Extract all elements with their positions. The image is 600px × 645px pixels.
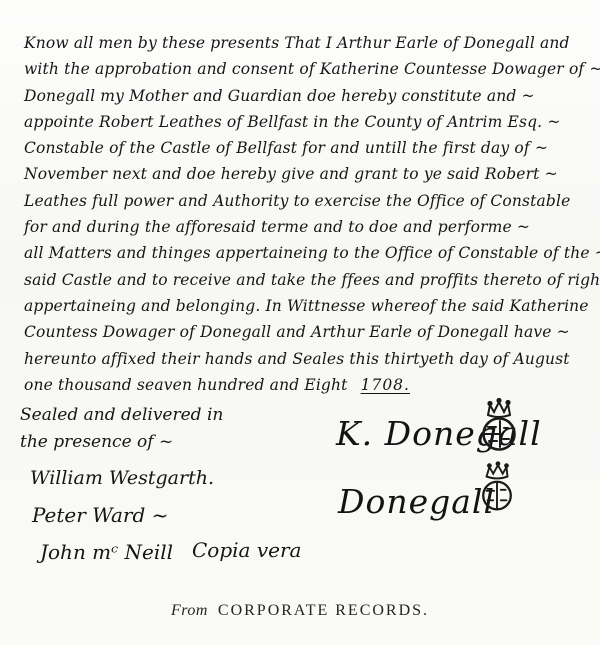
caption: FromCORPORATE RECORDS. (0, 602, 600, 620)
manuscript-line: all Matters and thinges appertaineing to… (24, 240, 580, 266)
witness-signature: William Westgarth. (30, 460, 223, 496)
caption-prefix: From (171, 602, 208, 619)
manuscript-line: Constable of the Castle of Bellfast for … (24, 135, 580, 161)
caption-title: CORPORATE RECORDS. (218, 602, 429, 619)
crowned-seal-icon (479, 398, 519, 458)
manuscript-body: Know all men by these presents That I Ar… (24, 30, 580, 398)
manuscript-line: said Castle and to receive and take the … (24, 267, 580, 293)
manuscript-line: appointe Robert Leathes of Bellfast in t… (24, 109, 580, 135)
manuscript-line: with the approbation and consent of Kath… (24, 56, 580, 82)
manuscript-line: Countess Dowager of Donegall and Arthur … (24, 319, 580, 345)
manuscript-line: Know all men by these presents That I Ar… (24, 30, 580, 56)
year-underlined: 1708. (361, 376, 410, 394)
manuscript-date-line: one thousand seaven hundred and Eight 17… (24, 372, 580, 398)
manuscript-line: hereunto affixed their hands and Seales … (24, 346, 580, 372)
manuscript-line: appertaineing and belonging. In Wittness… (24, 293, 580, 319)
document-page: Know all men by these presents That I Ar… (0, 0, 600, 645)
manuscript-line: for and during the afforesaid terme and … (24, 214, 580, 240)
manuscript-line: one thousand seaven hundred and Eight (24, 376, 348, 394)
attestation-line: Sealed and delivered in (20, 402, 223, 429)
manuscript-line: Leathes full power and Authority to exer… (24, 188, 580, 214)
crowned-seal-icon (478, 460, 516, 518)
witness-signature: Peter Ward ~ (32, 496, 223, 534)
manuscript-line: Donegall my Mother and Guardian doe here… (24, 83, 580, 109)
copia-vera-note: Copia vera (192, 538, 301, 562)
signature-arthur-donegall: Donegall (338, 482, 495, 521)
manuscript-line: November next and doe hereby give and gr… (24, 161, 580, 187)
attestation-line: the presence of ~ (20, 429, 223, 456)
